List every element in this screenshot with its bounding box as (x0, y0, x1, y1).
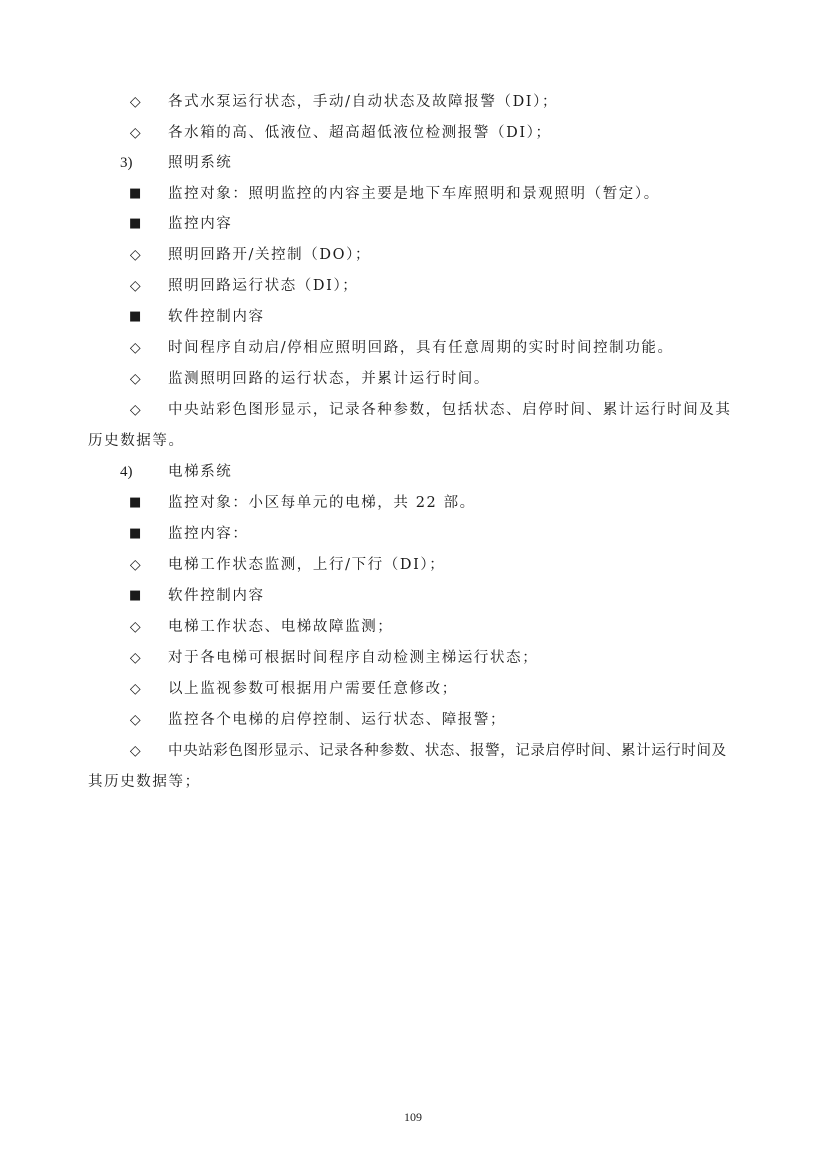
list-item-text: 各式水泵运行状态，手动/自动状态及故障报警（DI）； (168, 88, 558, 116)
list-item: ◇ 以上监视参数可根据用户需要任意修改； (0, 675, 826, 703)
page-number: 109 (0, 1110, 826, 1125)
list-item: ■ 软件控制内容 (0, 582, 826, 610)
diamond-bullet-icon: ◇ (126, 737, 146, 765)
list-item-text: 电梯工作状态、电梯故障监测； (168, 613, 393, 641)
list-item-continuation: 历史数据等。 (0, 427, 826, 455)
list-item-text: 监控内容 (168, 210, 232, 238)
list-item: ◇ 时间程序自动启/停相应照明回路，具有任意周期的实时时间控制功能。 (0, 334, 826, 362)
list-item-text: 各水箱的高、低液位、超高超低液位检测报警（DI）； (168, 119, 552, 147)
list-item: ◇ 监测照明回路的运行状态，并累计运行时间。 (0, 365, 826, 393)
list-item: ◇ 各水箱的高、低液位、超高超低液位检测报警（DI）； (0, 119, 826, 147)
list-item: ■ 监控对象：照明监控的内容主要是地下车库照明和景观照明（暂定）。 (0, 180, 826, 208)
diamond-bullet-icon: ◇ (126, 551, 146, 579)
section-heading: 3) 照明系统 (0, 149, 826, 177)
section-heading: 4) 电梯系统 (0, 458, 826, 486)
section-number: 3) (120, 149, 150, 177)
diamond-bullet-icon: ◇ (126, 706, 146, 734)
list-item: ◇ 中央站彩色图形显示，记录各种参数，包括状态、启停时间、累计运行时间及其 (0, 396, 826, 424)
diamond-bullet-icon: ◇ (126, 675, 146, 703)
list-item: ■ 监控内容 (0, 210, 826, 238)
list-item-text: 软件控制内容 (168, 303, 265, 331)
section-title: 电梯系统 (168, 458, 232, 486)
diamond-bullet-icon: ◇ (126, 613, 146, 641)
square-bullet-icon: ■ (126, 303, 146, 331)
list-item-text: 监控对象：照明监控的内容主要是地下车库照明和景观照明（暂定）。 (168, 180, 660, 208)
continuation-text: 其历史数据等； (88, 768, 201, 796)
list-item-text: 以上监视参数可根据用户需要任意修改； (168, 675, 458, 703)
diamond-bullet-icon: ◇ (126, 334, 146, 362)
document-page: ◇ 各式水泵运行状态，手动/自动状态及故障报警（DI）； ◇ 各水箱的高、低液位… (0, 0, 826, 1169)
list-item-text: 监控对象：小区每单元的电梯，共 22 部。 (168, 489, 476, 517)
diamond-bullet-icon: ◇ (126, 119, 146, 147)
square-bullet-icon: ■ (126, 489, 146, 517)
list-item: ■ 监控对象：小区每单元的电梯，共 22 部。 (0, 489, 826, 517)
list-item-text: 监控各个电梯的启停控制、运行状态、障报警； (168, 706, 506, 734)
list-item: ◇ 电梯工作状态监测，上行/下行（DI）； (0, 551, 826, 579)
list-item: ■ 监控内容： (0, 520, 826, 548)
list-item-text: 软件控制内容 (168, 582, 265, 610)
list-item-text: 监控内容： (168, 520, 249, 548)
list-item: ◇ 中央站彩色图形显示、记录各种参数、状态、报警，记录启停时间、累计运行时间及 (0, 737, 826, 765)
diamond-bullet-icon: ◇ (126, 88, 146, 116)
list-item: ◇ 对于各电梯可根据时间程序自动检测主梯运行状态； (0, 644, 826, 672)
square-bullet-icon: ■ (126, 520, 146, 548)
square-bullet-icon: ■ (126, 180, 146, 208)
diamond-bullet-icon: ◇ (126, 272, 146, 300)
list-item: ◇ 各式水泵运行状态，手动/自动状态及故障报警（DI）； (0, 88, 826, 116)
square-bullet-icon: ■ (126, 210, 146, 238)
list-item: ■ 软件控制内容 (0, 303, 826, 331)
continuation-text: 历史数据等。 (88, 427, 185, 455)
list-item-text: 照明回路运行状态（DI）； (168, 272, 358, 300)
list-item-text: 电梯工作状态监测，上行/下行（DI）； (168, 551, 445, 579)
list-item: ◇ 照明回路开/关控制（DO）； (0, 241, 826, 269)
list-item-continuation: 其历史数据等； (0, 768, 826, 796)
square-bullet-icon: ■ (126, 582, 146, 610)
list-item: ◇ 照明回路运行状态（DI）； (0, 272, 826, 300)
list-item: ◇ 监控各个电梯的启停控制、运行状态、障报警； (0, 706, 826, 734)
list-item: ◇ 电梯工作状态、电梯故障监测； (0, 613, 826, 641)
list-item-text: 照明回路开/关控制（DO）； (168, 241, 371, 269)
section-title: 照明系统 (168, 149, 232, 177)
diamond-bullet-icon: ◇ (126, 644, 146, 672)
diamond-bullet-icon: ◇ (126, 241, 146, 269)
diamond-bullet-icon: ◇ (126, 396, 146, 424)
diamond-bullet-icon: ◇ (126, 365, 146, 393)
list-item-text: 中央站彩色图形显示、记录各种参数、状态、报警，记录启停时间、累计运行时间及 (168, 737, 727, 765)
list-item-text: 时间程序自动启/停相应照明回路，具有任意周期的实时时间控制功能。 (168, 334, 674, 362)
list-item-text: 监测照明回路的运行状态，并累计运行时间。 (168, 365, 490, 393)
list-item-text: 对于各电梯可根据时间程序自动检测主梯运行状态； (168, 644, 538, 672)
section-number: 4) (120, 458, 150, 486)
list-item-text: 中央站彩色图形显示，记录各种参数，包括状态、启停时间、累计运行时间及其 (168, 396, 732, 424)
